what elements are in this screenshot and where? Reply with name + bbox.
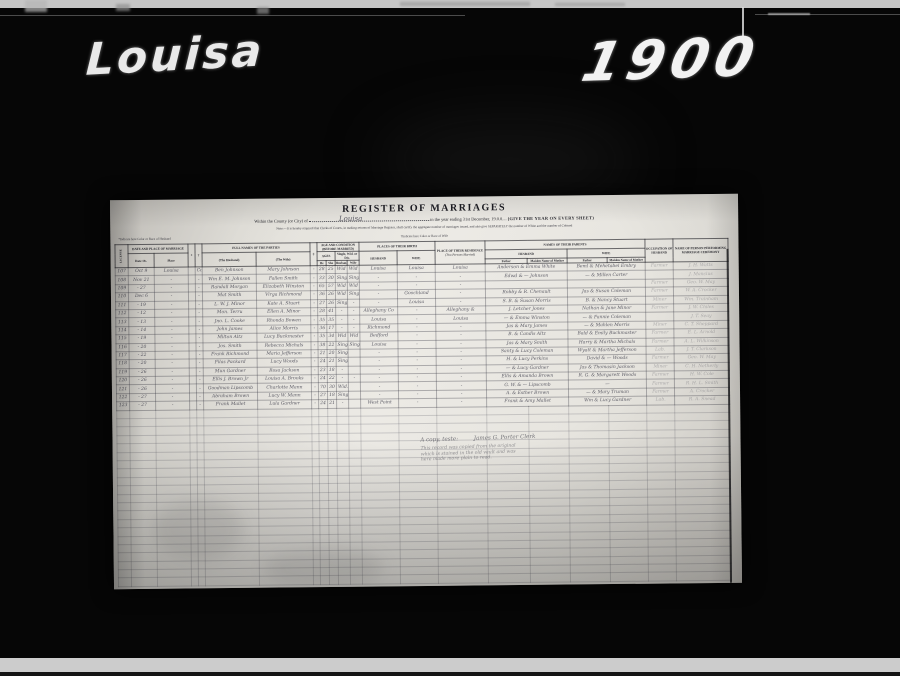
cell-occupation <box>645 270 673 279</box>
empty-cell <box>118 578 131 587</box>
cell-license: 112 <box>116 310 129 319</box>
cell-cond-husband: Single <box>336 358 348 367</box>
cell-license: 107 <box>115 268 128 277</box>
empty-cell <box>319 417 328 425</box>
cell-age-husband: 33 <box>317 274 326 282</box>
film-edge-mark <box>25 0 47 12</box>
subtitle-suffix: (GIVE THE YEAR ON EVERY SHEET) <box>508 215 594 221</box>
empty-cell <box>676 572 731 581</box>
empty-cell <box>329 509 338 517</box>
cell-age-wife: 22 <box>327 341 336 349</box>
empty-cell <box>328 458 337 466</box>
empty-cell <box>197 409 204 417</box>
empty-cell <box>190 451 197 459</box>
cell-date: - 19 <box>129 301 155 310</box>
film-scratch <box>768 13 810 15</box>
cell-license: 114 <box>116 326 129 335</box>
cell-occupation: Farmer <box>646 337 674 346</box>
cell-cond-wife: Single <box>347 274 359 283</box>
cell-race-wife: - <box>195 275 202 283</box>
cell-birth-husband: West Point <box>361 399 399 408</box>
cell-age-husband: 21 <box>318 349 327 357</box>
cell-age-wife: 17 <box>327 324 336 332</box>
empty-cell <box>337 433 349 442</box>
empty-cell <box>648 556 676 565</box>
cell-cond-wife <box>348 349 360 358</box>
cell-license: 108 <box>115 276 128 285</box>
empty-cell <box>131 561 157 570</box>
col-minister: NAME OF PERSON PERFORMING MARRIAGE CEREM… <box>673 238 728 262</box>
cell-age-wife: 35 <box>327 316 336 324</box>
cell-cond-husband: - <box>336 366 348 375</box>
cell-age-wife: 18 <box>327 366 336 374</box>
empty-cell <box>190 477 197 485</box>
cell-parents-husband: Frank & Amy Mallet <box>487 397 569 406</box>
cell-cond-wife: Single <box>348 341 360 350</box>
cell-age-wife: 26 <box>326 291 335 299</box>
cell-cond-wife: - <box>348 299 360 308</box>
empty-cell <box>648 505 676 514</box>
cell-cond-husband: Single <box>336 341 348 350</box>
empty-cell <box>570 573 610 582</box>
cell-place: - <box>154 275 188 284</box>
cell-age-wife: 21 <box>327 358 336 366</box>
cell-place: - <box>155 317 189 326</box>
cell-license: 109 <box>115 284 128 293</box>
empty-cell <box>648 480 676 489</box>
empty-cell <box>117 486 130 495</box>
cell-date: - 27 <box>130 402 156 411</box>
cell-cond-husband: - <box>336 324 348 333</box>
cell-race-wife: - <box>196 342 203 350</box>
cell-age-wife: 30 <box>327 383 336 391</box>
empty-cell <box>319 433 328 441</box>
cell-age-husband: 38 <box>318 341 327 349</box>
cell-age-wife: 41 <box>327 307 336 315</box>
cell-date: Dec 6 <box>128 293 154 302</box>
empty-cell <box>117 452 130 461</box>
cell-cond-husband: - <box>336 316 348 325</box>
cell-license: 119 <box>116 368 129 377</box>
empty-cell <box>648 539 676 548</box>
cell-age-wife: 20 <box>327 349 336 357</box>
cell-cond-husband: - <box>337 400 349 409</box>
empty-cell <box>647 472 675 481</box>
empty-cell <box>156 443 190 452</box>
empty-cell <box>156 418 190 427</box>
empty-cell <box>329 534 338 542</box>
empty-cell <box>118 561 131 570</box>
subtitle-middle: in the year ending 31st December, 19.0.0… <box>430 216 507 222</box>
cell-date: - 27 <box>128 284 154 293</box>
cell-place: - <box>156 401 190 410</box>
cell-occupation: Lab. <box>646 346 674 355</box>
empty-cell <box>350 500 362 509</box>
county-label: Louisa <box>85 25 266 86</box>
cell-cond-husband: Wid <box>335 282 347 291</box>
film-scratch <box>0 15 465 16</box>
cell-occupation: Miner <box>646 363 674 372</box>
empty-cell <box>117 444 130 453</box>
cell-age-wife: 18 <box>328 391 337 399</box>
cell-date: - 27 <box>130 393 156 402</box>
cell-age-husband: 28 <box>317 266 326 274</box>
empty-cell <box>349 425 361 434</box>
empty-cell <box>130 418 156 427</box>
cell-husband-name: Frank Mallet <box>204 401 258 410</box>
empty-cell <box>328 433 337 441</box>
cell-place: - <box>154 292 188 301</box>
col-occupation: OCCUPATION OF HUSBAND <box>645 239 673 262</box>
empty-cell <box>349 408 361 417</box>
col-birth-wife: WIFE <box>397 250 435 264</box>
empty-cell <box>328 442 337 450</box>
empty-cell <box>130 435 156 444</box>
cell-age-husband: 24 <box>319 400 328 408</box>
empty-cell <box>131 544 157 553</box>
empty-cell <box>131 494 157 503</box>
empty-cell <box>337 450 349 459</box>
empty-cell <box>157 577 191 586</box>
empty-cell <box>130 485 156 494</box>
empty-cell <box>647 463 675 472</box>
cell-date: - 14 <box>129 326 155 335</box>
cell-date: - 20 <box>129 343 155 352</box>
col-license: LICENSE <box>115 245 128 268</box>
empty-cell <box>156 460 190 469</box>
cell-occupation: Miner <box>646 295 674 304</box>
empty-cell <box>117 469 130 478</box>
cell-race-wife: - <box>196 300 203 308</box>
empty-cell <box>349 483 361 492</box>
empty-cell <box>350 534 362 543</box>
empty-cell <box>647 413 675 422</box>
empty-cell <box>131 511 157 520</box>
empty-cell <box>337 408 349 417</box>
empty-cell <box>118 536 131 545</box>
empty-cell <box>319 450 328 458</box>
cell-cond-wife <box>348 366 360 375</box>
empty-cell <box>313 509 320 517</box>
cell-occupation: Farmer <box>646 329 674 338</box>
empty-cell <box>648 530 676 539</box>
cell-race-wife: - <box>196 317 203 325</box>
empty-cell <box>337 483 349 492</box>
col-residence: PLACE OF THEIR RESIDENCE(Two Persons Mar… <box>435 241 485 265</box>
cell-cond-wife <box>349 391 361 400</box>
cell-cond-husband: - <box>336 374 348 383</box>
cell-license: 113 <box>116 318 129 327</box>
film-edge-mark <box>555 3 625 6</box>
empty-cell <box>131 536 157 545</box>
cell-date: - 20 <box>129 360 155 369</box>
microfilm-frame: Louisa 1900 REGISTER OF MARRIAGES Within… <box>0 0 900 676</box>
cell-cond-husband: Wid. <box>336 383 348 392</box>
empty-cell <box>130 427 156 436</box>
cell-cond-husband: - <box>336 307 348 316</box>
empty-cell <box>156 426 190 435</box>
empty-cell <box>130 452 156 461</box>
empty-cell <box>337 442 349 451</box>
cell-date: - 19 <box>129 334 155 343</box>
cell-age-husband: 65 <box>317 282 326 290</box>
empty-cell <box>319 442 328 450</box>
empty-cell <box>156 435 190 444</box>
empty-cell <box>118 544 131 553</box>
empty-cell <box>313 534 320 542</box>
cell-license: 116 <box>116 343 129 352</box>
cell-residence: - <box>437 398 487 407</box>
empty-cell <box>648 522 676 531</box>
cell-occupation: Farmer <box>647 388 675 397</box>
cell-license: 111 <box>116 301 129 310</box>
attest-text: A copy, teste: <box>420 436 458 443</box>
cell-age-wife: 21 <box>328 400 337 408</box>
col-group-age-condition: AGE AND CONDITION (BEFORE MARRIED) <box>317 242 359 251</box>
cell-license: 117 <box>116 352 129 361</box>
cell-age-wife: 34 <box>327 333 336 341</box>
empty-cell <box>131 569 157 578</box>
cell-place: - <box>154 284 188 293</box>
empty-cell <box>337 458 349 467</box>
col-date: Date 19.. <box>128 253 154 267</box>
empty-cell <box>117 419 130 428</box>
cell-cond-wife: Wid <box>347 282 359 291</box>
empty-cell <box>156 485 190 494</box>
county-blank-line: Louisa <box>309 220 429 222</box>
cell-age-wife: 22 <box>327 375 336 383</box>
cell-date: - 12 <box>129 309 155 318</box>
empty-cell <box>320 517 329 525</box>
empty-cell <box>647 446 675 455</box>
cell-occupation: Farmer <box>646 354 674 363</box>
cell-cond-husband: Single <box>336 349 348 358</box>
cell-place: - <box>155 376 189 385</box>
subtitle-prefix: Within the County (or City) of <box>254 218 308 224</box>
cell-age-wife: 26 <box>327 299 336 307</box>
cell-birth-wife: - <box>399 399 437 408</box>
cell-license: 110 <box>115 293 128 302</box>
empty-cell <box>131 553 157 562</box>
empty-cell <box>648 488 676 497</box>
cell-occupation: Farmer <box>645 279 673 288</box>
empty-cell <box>350 525 362 534</box>
empty-cell <box>130 444 156 453</box>
cell-color-mark: - <box>311 308 318 316</box>
empty-cell <box>530 573 570 582</box>
col-place: Place <box>154 253 188 267</box>
col-husband-name: (The Husband) <box>202 252 256 267</box>
cell-occupation: Miner <box>646 321 674 330</box>
empty-cell <box>338 534 350 543</box>
empty-cell <box>118 494 131 503</box>
empty-cell <box>400 575 438 584</box>
empty-cell <box>328 467 337 475</box>
cell-place: - <box>155 384 189 393</box>
empty-cell <box>118 503 131 512</box>
cell-color-mark: - <box>312 400 319 408</box>
film-edge-bottom <box>0 658 900 672</box>
empty-cell <box>319 475 328 483</box>
empty-cell <box>156 410 190 419</box>
empty-cell <box>312 442 319 450</box>
empty-cell <box>197 451 204 459</box>
empty-cell <box>131 502 157 511</box>
empty-cell <box>349 458 361 467</box>
empty-cell <box>648 547 676 556</box>
cell-date: Oct 9 <box>128 267 154 276</box>
empty-cell <box>338 492 350 501</box>
empty-cell <box>117 461 130 470</box>
empty-cell <box>320 526 329 534</box>
cell-color-mark: - <box>310 266 317 274</box>
cell-place: - <box>155 309 189 318</box>
col-wife-name: (The Wife) <box>256 252 310 267</box>
empty-cell <box>118 570 131 579</box>
cell-race-husband <box>189 368 196 376</box>
cell-occupation: Farmer <box>645 287 673 296</box>
empty-cell <box>319 484 328 492</box>
cell-cond-wife: - <box>348 307 360 316</box>
cell-age-husband: 24 <box>318 375 327 383</box>
empty-cell <box>647 455 675 464</box>
cell-age-wife: 57 <box>326 282 335 290</box>
cell-cond-wife: - <box>348 324 360 333</box>
empty-cell <box>118 528 131 537</box>
film-glow <box>380 120 640 200</box>
cell-place: - <box>155 359 189 368</box>
empty-cell <box>337 467 349 476</box>
empty-cell <box>338 509 350 518</box>
empty-cell <box>647 421 675 430</box>
empty-cell <box>349 433 361 442</box>
cell-age-wife: 25 <box>326 265 335 273</box>
cell-race-husband <box>189 342 196 350</box>
empty-cell <box>118 511 131 520</box>
empty-cell <box>205 577 259 586</box>
empty-cell <box>647 430 675 439</box>
empty-cell <box>130 469 156 478</box>
cell-date: - 26 <box>129 376 155 385</box>
cell-occupation: Farmer <box>646 304 674 313</box>
empty-cell <box>350 492 362 501</box>
cell-occupation <box>646 312 674 321</box>
cell-occupation: Farmer <box>646 379 674 388</box>
empty-cell <box>329 500 338 508</box>
cell-color-mark: - <box>311 375 318 383</box>
empty-cell <box>610 573 648 582</box>
empty-cell <box>320 492 329 500</box>
cell-cond-wife: Wid <box>347 265 359 274</box>
document-page: REGISTER OF MARRIAGES Within the County … <box>110 194 742 590</box>
empty-cell <box>329 526 338 534</box>
cell-age-husband: 23 <box>318 366 327 374</box>
cell-minister: R. A. Snead <box>675 396 730 405</box>
col-group-condition: Single, Wid. or Div. <box>335 251 359 260</box>
cell-place: - <box>155 368 189 377</box>
col-group-ages: AGES <box>317 251 335 260</box>
empty-cell <box>337 416 349 425</box>
empty-cell <box>319 425 328 433</box>
cell-license: 120 <box>116 377 129 386</box>
empty-cell <box>117 477 130 486</box>
cell-age-husband: 35 <box>318 333 327 341</box>
empty-cell <box>328 450 337 458</box>
cell-place: Louisa <box>154 267 188 276</box>
cell-place: - <box>155 351 189 360</box>
empty-cell <box>320 509 329 517</box>
cell-age-husband: 36 <box>318 324 327 332</box>
cell-parents-wife: Wm & Lucy Gardner <box>569 396 647 405</box>
cell-license: 122 <box>117 393 130 402</box>
cell-age-husband: 27 <box>319 391 328 399</box>
cell-age-husband: 35 <box>318 316 327 324</box>
cell-cond-wife <box>348 383 360 392</box>
cell-license: 123 <box>117 402 130 411</box>
empty-cell <box>117 410 130 419</box>
empty-cell <box>118 519 131 528</box>
empty-cell <box>648 572 676 581</box>
cell-age-husband: 24 <box>318 358 327 366</box>
cell-date: - 26 <box>129 385 155 394</box>
empty-cell <box>197 477 204 485</box>
empty-cell <box>648 514 676 523</box>
empty-cell <box>130 410 156 419</box>
empty-cell <box>319 408 328 416</box>
cell-age-husband: 36 <box>317 291 326 299</box>
cell-age-husband: 27 <box>318 299 327 307</box>
empty-cell <box>329 517 338 525</box>
cell-cond-husband: Wid <box>336 332 348 341</box>
cell-age-husband: 28 <box>318 307 327 315</box>
empty-cell <box>349 416 361 425</box>
cell-date: - 13 <box>129 318 155 327</box>
county-handwritten: Louisa <box>339 215 362 223</box>
cell-cond-wife: Single <box>347 290 359 299</box>
cell-color-mark: - <box>311 333 318 341</box>
empty-cell <box>130 477 156 486</box>
cell-occupation: Lab. <box>647 396 675 405</box>
cell-place: - <box>155 301 189 310</box>
cell-race-husband <box>189 300 196 308</box>
empty-cell <box>647 438 675 447</box>
empty-cell <box>319 467 328 475</box>
empty-cell <box>157 561 191 570</box>
film-edge-mark <box>257 7 269 14</box>
cell-wife-name: Lula Gardner <box>258 400 312 409</box>
empty-cell <box>338 525 350 534</box>
cell-cond-husband: Single <box>336 299 348 308</box>
cell-cond-wife: - <box>348 374 360 383</box>
cell-cond-husband: Single <box>335 274 347 283</box>
empty-cell <box>312 467 319 475</box>
cell-date: Nov 21 <box>128 276 154 285</box>
empty-cell <box>338 500 350 509</box>
col-birth-husband: HUSBAND <box>359 251 397 265</box>
cell-cond-husband: Single <box>337 391 349 400</box>
empty-cell <box>329 492 338 500</box>
empty-cell <box>319 459 328 467</box>
empty-cell <box>328 425 337 433</box>
empty-cell <box>350 509 362 518</box>
empty-cell <box>338 517 350 526</box>
empty-cell <box>488 574 530 583</box>
empty-cell <box>156 452 190 461</box>
empty-cell <box>157 569 191 578</box>
cell-date: - 26 <box>129 368 155 377</box>
empty-cell <box>190 410 197 418</box>
empty-cell <box>349 450 361 459</box>
